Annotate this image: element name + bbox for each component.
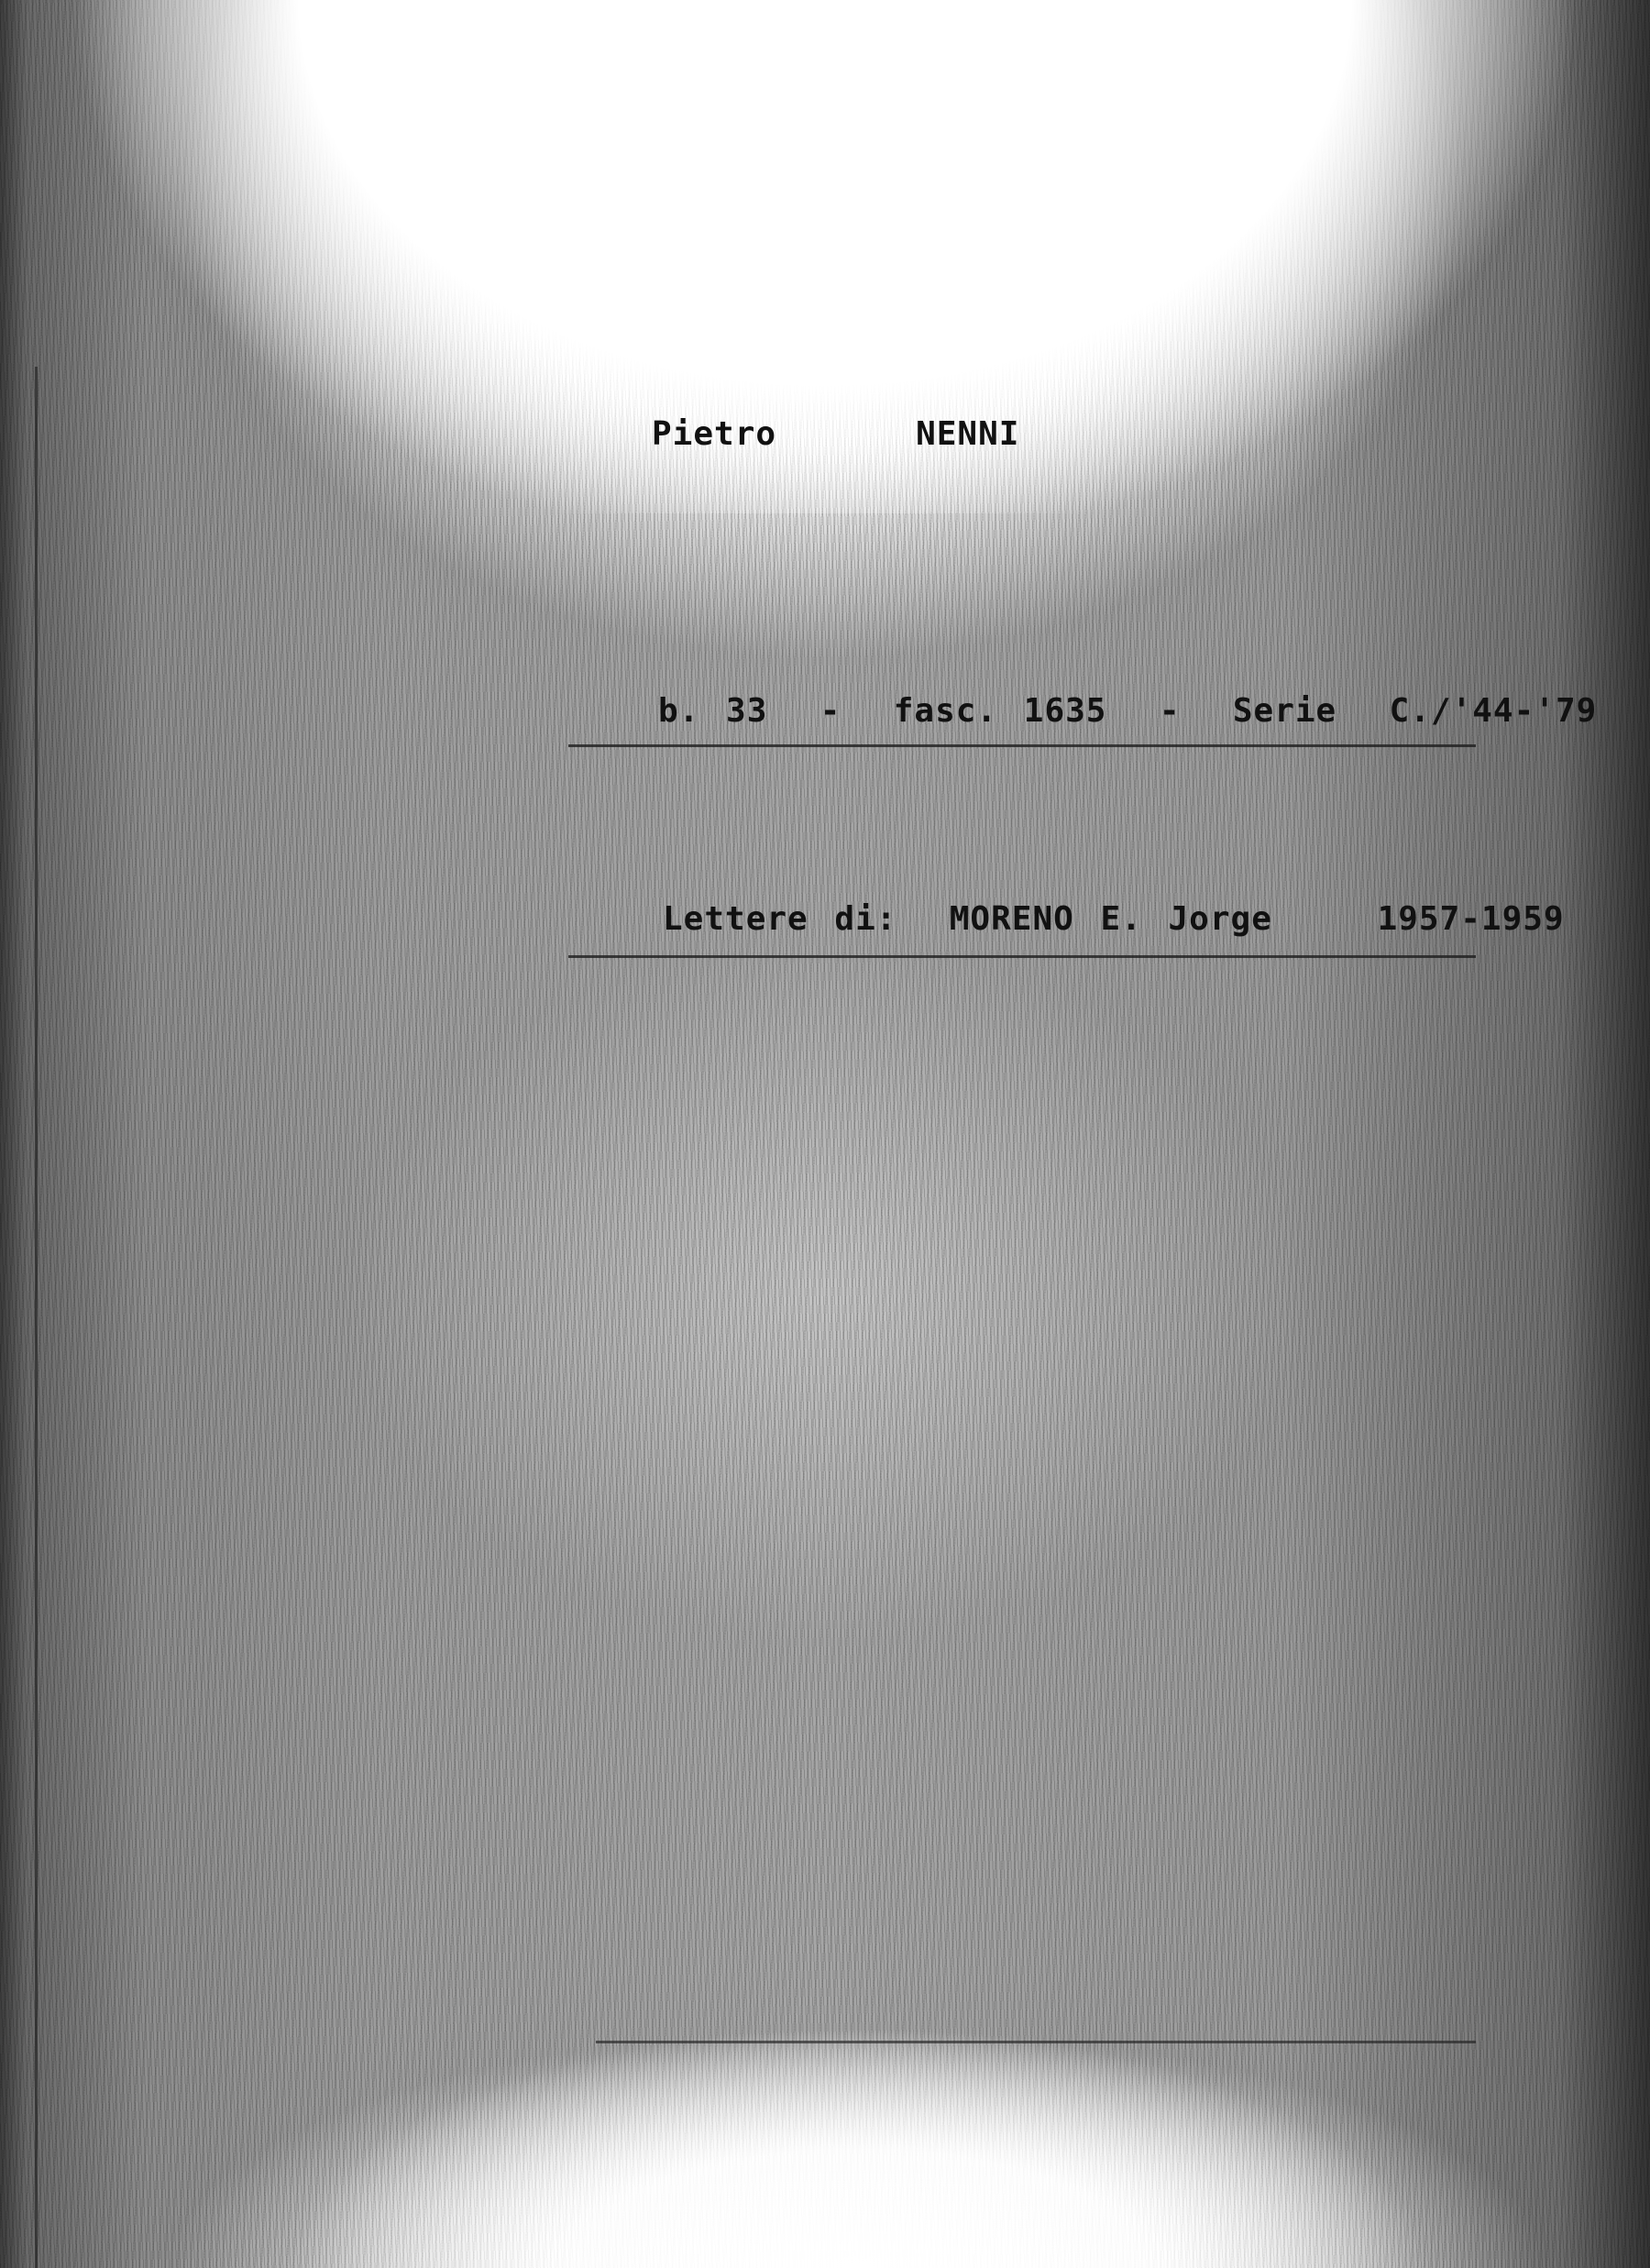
author-name: Pietro NENNI [652, 415, 1019, 453]
folder-reference: b. 33 - fasc. 1635 - Serie C./'44-'79 [658, 692, 1597, 730]
binding-edge-line [35, 367, 38, 2268]
bottom-rule [596, 2041, 1476, 2043]
underline-rule [568, 744, 1476, 747]
contents-description: Lettere di: MORENO E. Jorge 1957-1959 [663, 900, 1565, 938]
underline-rule [568, 955, 1476, 958]
bottom-light-area [0, 2030, 1650, 2268]
